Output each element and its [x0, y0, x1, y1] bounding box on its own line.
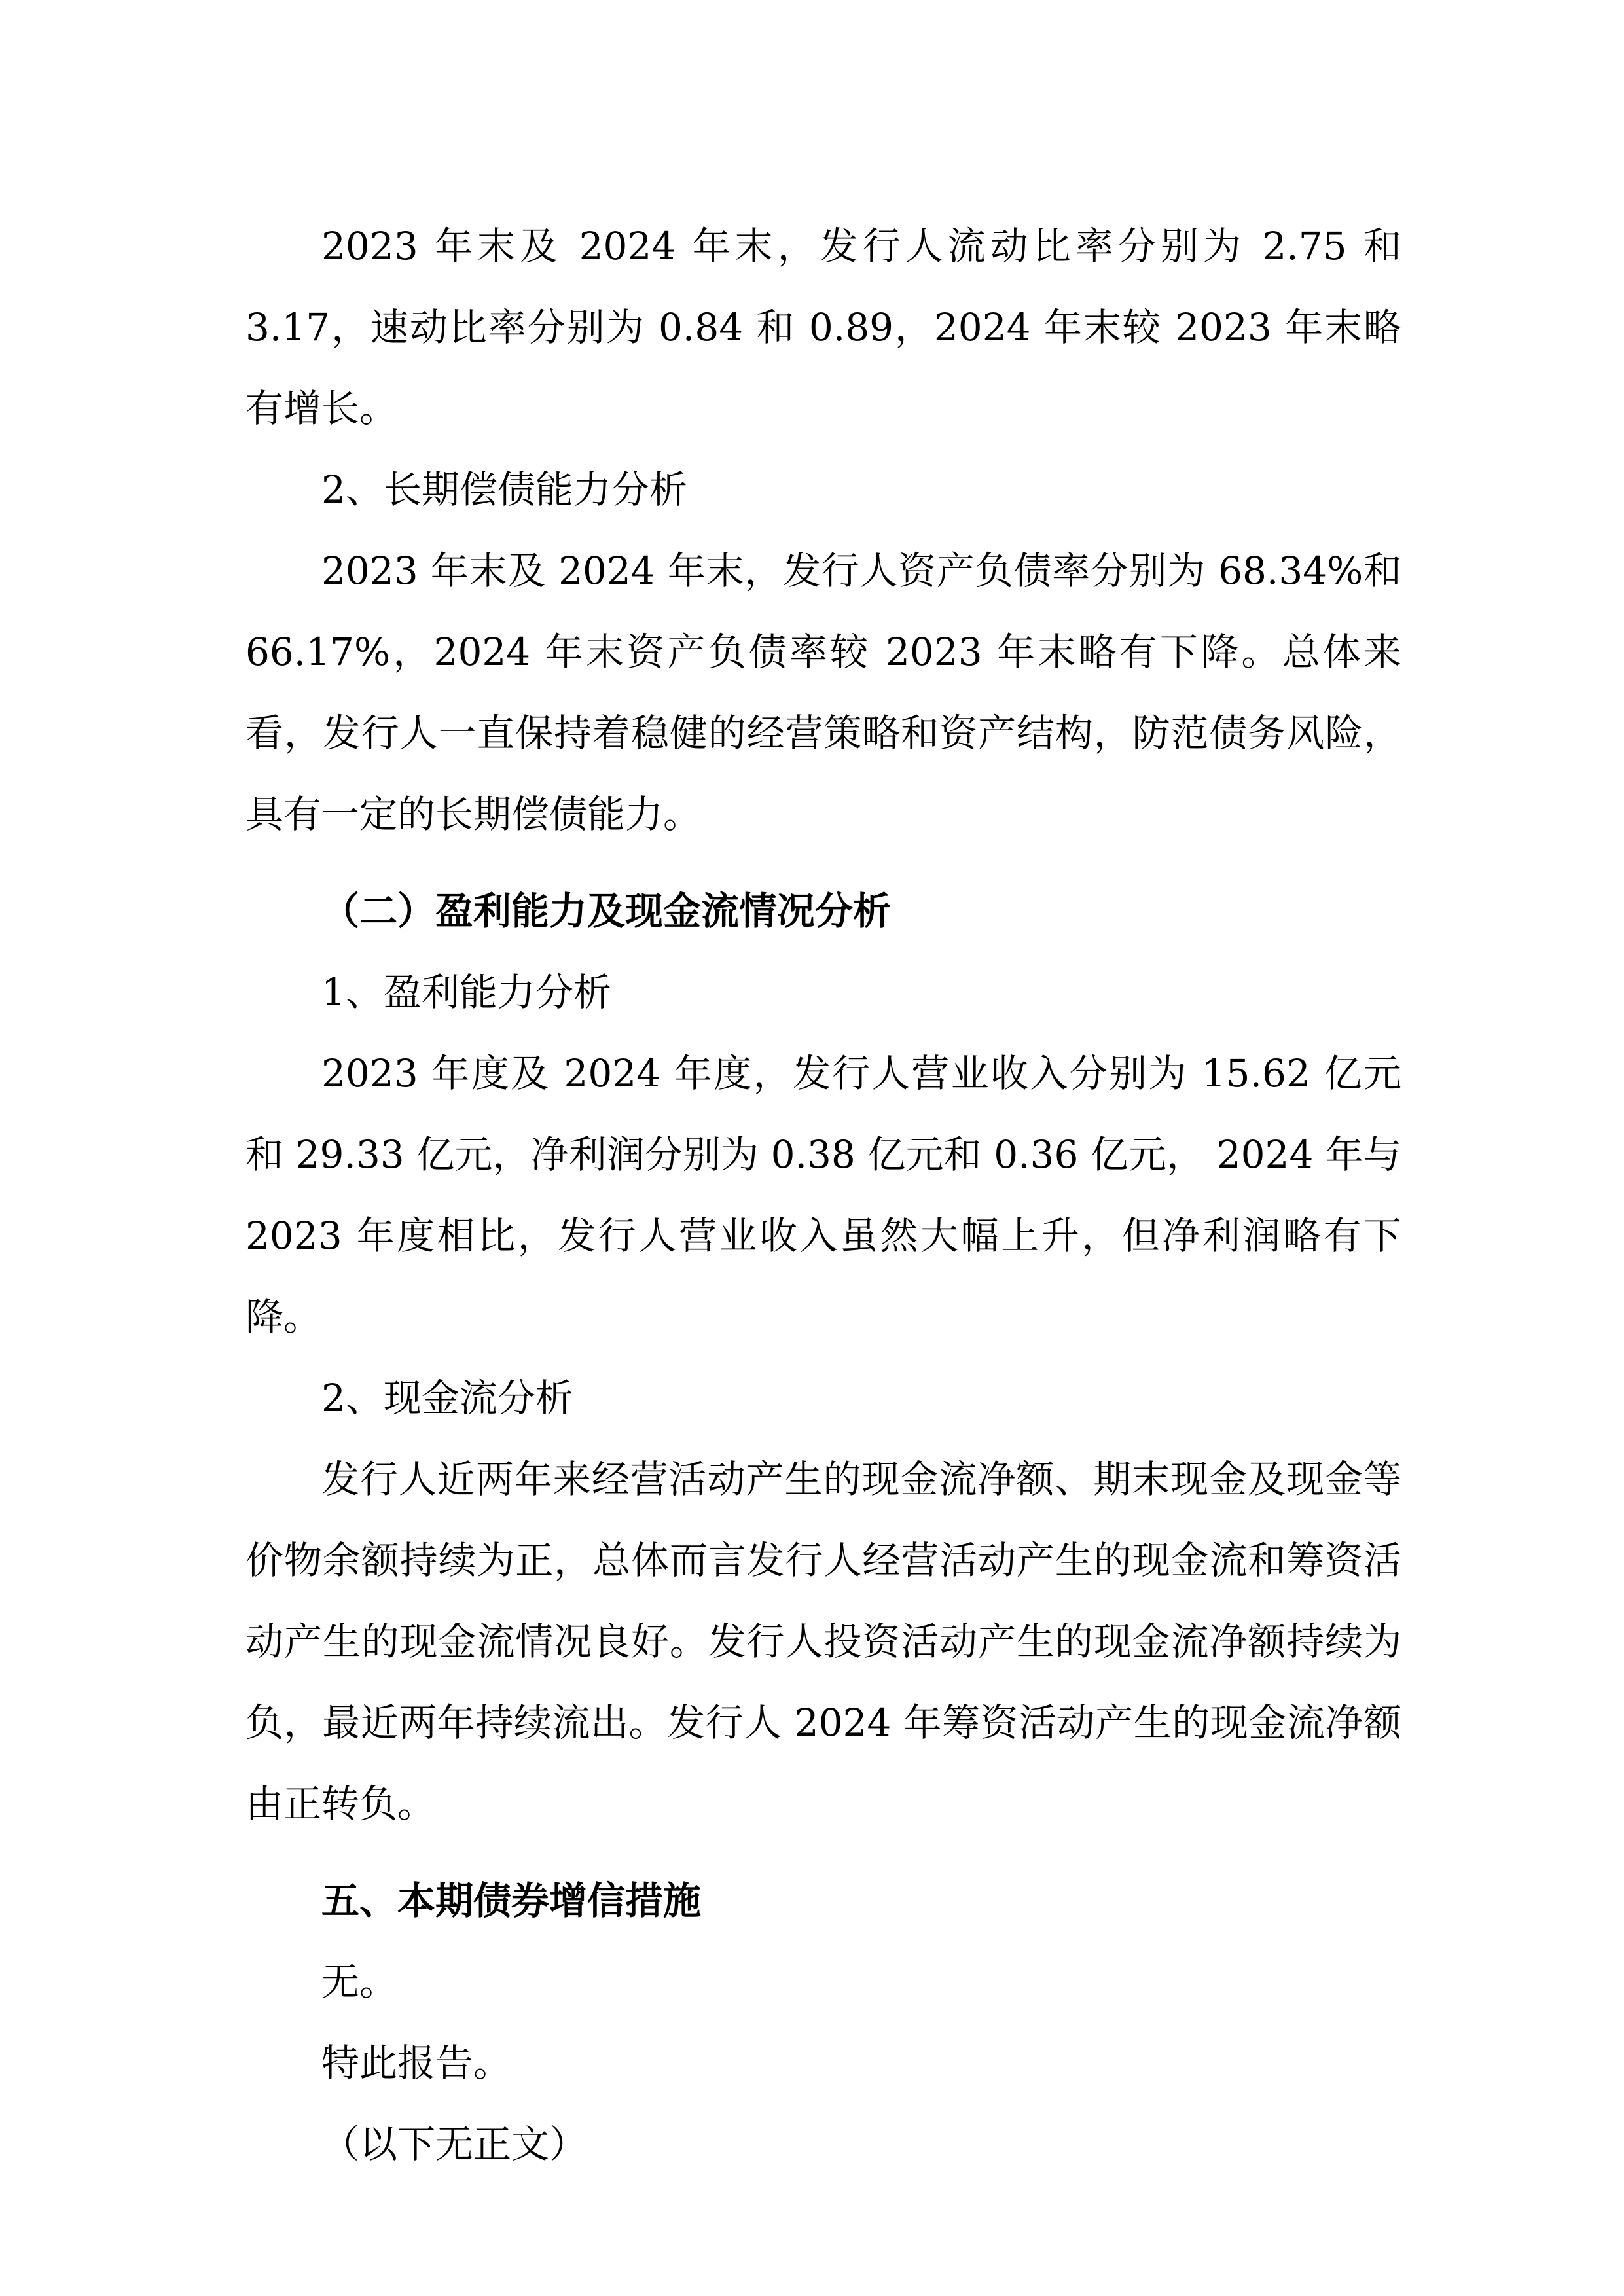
- body-paragraph: 无。: [245, 1941, 1401, 2022]
- body-paragraph: 发行人近两年来经营活动产生的现金流净额、期末现金及现金等价物余额持续为正，总体而…: [245, 1439, 1401, 1844]
- body-paragraph: 特此报告。: [245, 2022, 1401, 2104]
- sub-heading: 2、现金流分析: [245, 1357, 1401, 1439]
- section-heading: 五、本期债券增信措施: [245, 1860, 1401, 1941]
- section-heading: （二）盈利能力及现金流情况分析: [245, 870, 1401, 952]
- body-paragraph: 2023 年末及 2024 年末，发行人流动比率分别为 2.75 和 3.17，…: [245, 206, 1401, 449]
- document-body: 2023 年末及 2024 年末，发行人流动比率分别为 2.75 和 3.17，…: [245, 206, 1401, 2185]
- sub-heading: 2、长期偿债能力分析: [245, 449, 1401, 530]
- sub-heading: 1、盈利能力分析: [245, 952, 1401, 1033]
- document-page: 2023 年末及 2024 年末，发行人流动比率分别为 2.75 和 3.17，…: [0, 0, 1624, 2296]
- body-paragraph: （以下无正文）: [245, 2104, 1401, 2185]
- body-paragraph: 2023 年度及 2024 年度，发行人营业收入分别为 15.62 亿元和 29…: [245, 1033, 1401, 1357]
- body-paragraph: 2023 年末及 2024 年末，发行人资产负债率分别为 68.34%和 66.…: [245, 530, 1401, 855]
